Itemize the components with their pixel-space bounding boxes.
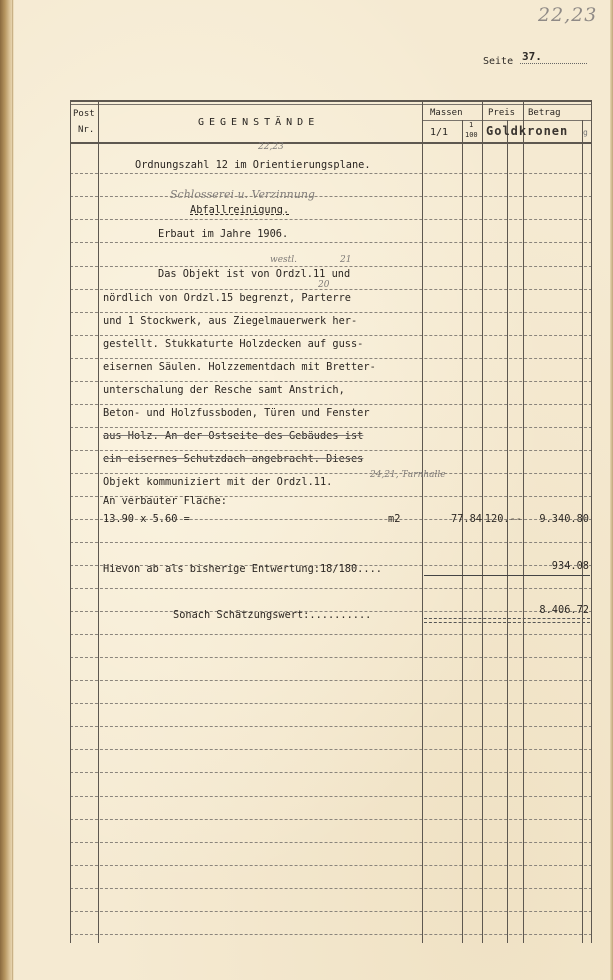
binding-edge (12, 0, 13, 980)
header-massen: Massen (430, 108, 463, 118)
row-line (70, 726, 592, 727)
valuation-table: Post Nr. GEGENSTÄNDE Massen 1/1 1 100 Pr… (70, 100, 592, 943)
col-border-gegenstaende (422, 100, 423, 943)
area-formula: 13.90 x 5.60 = (103, 513, 190, 525)
description-line-6: unterschalung der Resche samt Anstrich, (103, 384, 345, 396)
header-gegenstaende: GEGENSTÄNDE (198, 117, 319, 128)
deduction-label: Hievon ab als bisherige Entwertung:18/18… (103, 563, 382, 575)
row-line (70, 219, 592, 220)
description-line-8: aus Holz. An der Ostseite des Gebäudes i… (103, 430, 363, 442)
row-line (70, 427, 592, 428)
col-border-betrag-whole (582, 120, 583, 943)
handwritten-ordnungszahl-note: 22,23 (258, 142, 284, 152)
header-massen-frac-den: 100 (465, 131, 478, 139)
handwritten-building-title: Schlosserei u. Verzinnung (170, 188, 315, 201)
row-line (70, 381, 592, 382)
table-top-border (70, 100, 592, 102)
row-line (70, 911, 592, 912)
handwritten-note-20: 20 (318, 280, 329, 290)
result-betrag: 8.406.72 (525, 604, 589, 616)
row-line (70, 358, 592, 359)
row-line (70, 819, 592, 820)
col-border-massen (482, 100, 483, 943)
flaeche-label: An verbauter Fläche: (103, 495, 227, 507)
row-line (70, 542, 592, 543)
col-border-right (591, 100, 592, 943)
row-line (70, 289, 592, 290)
description-line-2: nördlich von Ordzl.15 begrenzt, Parterre (103, 292, 351, 304)
row-line (70, 657, 592, 658)
area-unit: m2 (388, 513, 400, 525)
row-line (70, 173, 592, 174)
table-top-border-inner (70, 104, 592, 105)
row-line (70, 404, 592, 405)
row-line (70, 450, 592, 451)
row-line (70, 772, 592, 773)
subtotal-underline (424, 575, 590, 576)
row-line (70, 680, 592, 681)
result-label: Sonach Schätzungswert:.......... (173, 609, 371, 621)
preis-value: 120.-- (484, 513, 522, 525)
header-currency: Goldkronen (486, 124, 568, 138)
description-line-3: und 1 Stockwerk, aus Ziegelmauerwerk her… (103, 315, 357, 327)
header-massen-frac-num: 1 (469, 121, 473, 129)
row-line (70, 335, 592, 336)
handwritten-note-westl: westl. (270, 255, 297, 265)
row-line (70, 842, 592, 843)
row-line (70, 196, 592, 197)
col-border-post (98, 100, 99, 943)
row-line (70, 312, 592, 313)
building-title: Abfallreinigung. (190, 204, 289, 216)
description-line-5: eisernen Säulen. Holzzementdach mit Bret… (103, 361, 376, 373)
row-line (70, 634, 592, 635)
document-page: 22,23 Seite 37. (0, 0, 613, 980)
description-line-1: Das Objekt ist von Ordzl.11 und (158, 268, 350, 280)
header-preis: Preis (488, 108, 515, 118)
total-double-underline (424, 618, 590, 623)
col-border-left (70, 100, 71, 943)
row-line (70, 865, 592, 866)
header-betrag: Betrag (528, 108, 561, 118)
handwritten-note-21: 21 (340, 255, 351, 265)
col-border-preis-whole (507, 120, 508, 943)
row-line (70, 703, 592, 704)
header-bottom-border (70, 142, 592, 144)
header-massen-whole: 1/1 (430, 127, 448, 138)
header-nr: Nr. (78, 125, 94, 135)
seite-number: 37. (520, 50, 587, 64)
header-post: Post (73, 109, 95, 119)
betrag-value: 9.340.80 (525, 513, 589, 525)
col-border-preis (523, 100, 524, 943)
row-line (70, 749, 592, 750)
row-line (70, 588, 592, 589)
massen-value: 77.84 (440, 513, 482, 525)
deduction-betrag: 934.08 (525, 560, 589, 572)
ordnungszahl-line: Ordnungszahl 12 im Orientierungsplane. (135, 159, 371, 171)
row-line (70, 266, 592, 267)
header-currency-suffix: g (583, 128, 588, 137)
row-line (70, 242, 592, 243)
col-border-massen-whole (462, 120, 463, 943)
handwritten-page-reference: 22,23 (538, 4, 597, 26)
seite-label: Seite (483, 56, 513, 67)
row-line (70, 888, 592, 889)
row-line (70, 934, 592, 935)
description-line-9: ein eisernes Schutzdach angebracht. Dies… (103, 453, 363, 465)
description-line-10: Objekt kommuniziert mit der Ordzl.11. (103, 476, 332, 488)
description-line-4: gestellt. Stukkaturte Holzdecken auf gus… (103, 338, 363, 350)
erbaut-line: Erbaut im Jahre 1906. (158, 228, 288, 240)
description-line-7: Beton- und Holzfussboden, Türen und Fens… (103, 407, 370, 419)
handwritten-note-turnhalle: 24,21, Turnhalle (370, 470, 446, 480)
row-line (70, 473, 592, 474)
row-line (70, 796, 592, 797)
